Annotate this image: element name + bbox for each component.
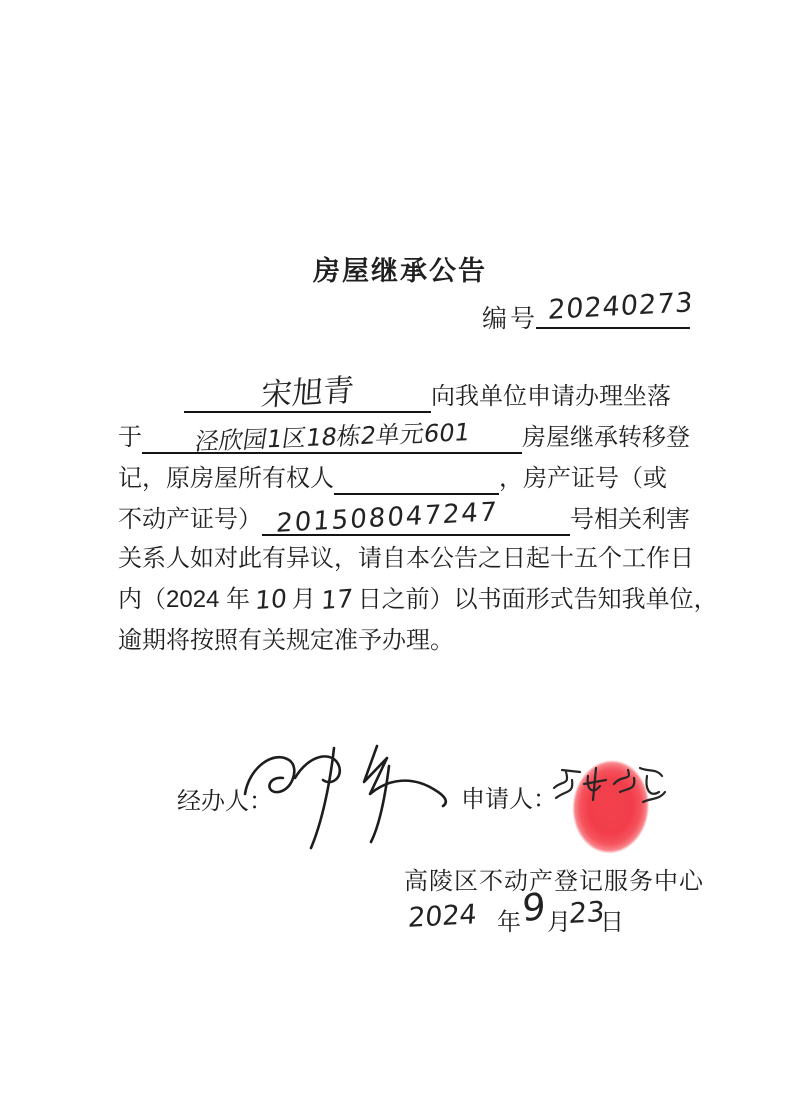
body-line-6-text: 日之前）以书面形式告知我单位， xyxy=(358,586,718,613)
applicant-name-underline: 宋旭青 xyxy=(184,379,431,413)
body-line-1: 宋旭青向我单位申请办理坐落 xyxy=(118,379,718,413)
cert-number-handwritten: 201508047247 xyxy=(275,496,499,540)
address-underline: 泾欣园1区18栋2单元601 xyxy=(142,420,522,454)
applicant-signature xyxy=(548,762,670,810)
body-line-4-text: 号相关利害 xyxy=(570,506,690,533)
address-handwritten: 泾欣园1区18栋2单元601 xyxy=(192,416,471,458)
month-label-footer: 月 xyxy=(547,902,571,937)
applicant-name-handwritten: 宋旭青 xyxy=(260,374,355,411)
body-line-6-prefix: 内（2024 年 xyxy=(118,586,250,613)
month-label: 月 xyxy=(292,586,316,613)
cert-number-underline: 201508047247 xyxy=(262,502,570,536)
body-line-5: 关系人如对此有异议，请自本公告之日起十五个工作日 xyxy=(118,543,718,577)
handler-signature xyxy=(237,736,452,854)
org-name: 高陵区不动产登记服务中心 xyxy=(404,861,704,896)
body-line-7: 逾期将按照有关规定准予办理。 xyxy=(118,625,718,659)
body-line-2-prefix: 于 xyxy=(118,424,142,451)
body-line-2: 于泾欣园1区18栋2单元601房屋继承转移登 xyxy=(118,420,718,454)
owner-name-underline-blank xyxy=(334,461,499,495)
deadline-month-handwritten: 10 xyxy=(254,583,288,617)
body-line-4-prefix: 不动产证号） xyxy=(118,506,262,533)
scanned-notice-page: 房屋继承公告 编号 20240273 宋旭青向我单位申请办理坐落 于泾欣园1区1… xyxy=(0,0,800,1101)
body-line-4: 不动产证号）201508047247号相关利害 xyxy=(118,502,718,536)
document-title: 房屋继承公告 xyxy=(0,249,800,288)
body-line-1-text: 向我单位申请办理坐落 xyxy=(431,383,671,410)
body-line-6: 内（2024 年10月17日之前）以书面形式告知我单位， xyxy=(118,584,718,618)
body-line-3-text: ，房产证号（或 xyxy=(499,465,667,492)
applicant-label: 申请人： xyxy=(461,779,557,814)
body-line-3: 记，原房屋所有权人，房产证号（或 xyxy=(118,461,718,495)
body-line-3-prefix: 记，原房屋所有权人 xyxy=(118,465,334,492)
body-line-2-text: 房屋继承转移登 xyxy=(522,424,690,451)
deadline-day-handwritten: 17 xyxy=(320,583,354,617)
date-month-handwritten: 9 xyxy=(522,885,545,931)
year-label: 年 xyxy=(497,902,521,937)
body-line-7-text: 逾期将按照有关规定准予办理。 xyxy=(118,627,454,654)
number-label: 编号 xyxy=(482,299,538,335)
body-line-5-text: 关系人如对此有异议，请自本公告之日起十五个工作日 xyxy=(118,545,694,572)
day-label-footer: 日 xyxy=(600,902,624,937)
date-year-handwritten: 2024 xyxy=(407,899,478,934)
